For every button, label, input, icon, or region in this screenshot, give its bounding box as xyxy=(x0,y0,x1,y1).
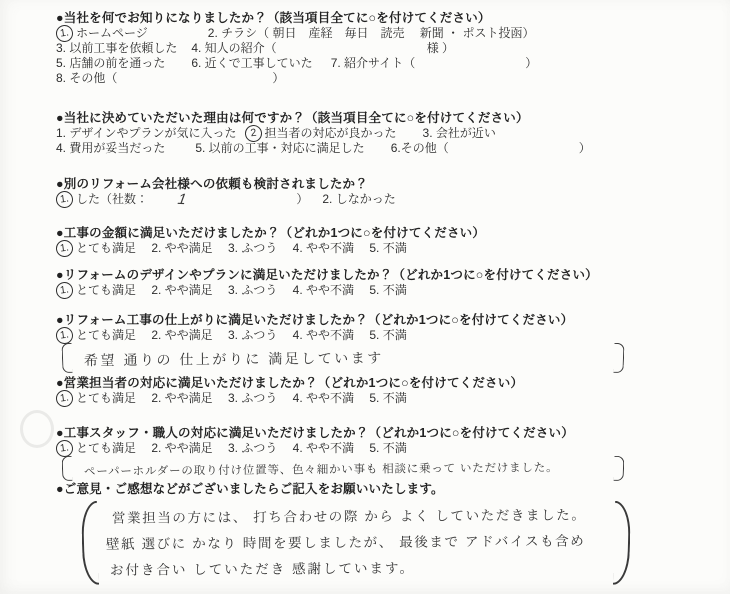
handwritten-bracket-right xyxy=(614,456,625,481)
option-text: した（社数： xyxy=(76,192,148,207)
handwritten-comment-staff: ペーパーホルダーの取り付け位置等、色々細かい事も 相談に乗って いただけました。 xyxy=(62,456,624,481)
satisfaction-scale: とても満足 2. やや満足 3. ふつう 4. やや不満 5. 不満 xyxy=(76,283,407,298)
option-line: 1. した（社数： 1 ） 2. しなかった xyxy=(56,192,710,207)
handwritten-bracket-left xyxy=(62,456,73,481)
option-text: 担当者の対応が良かった xyxy=(265,126,397,141)
question-staff: ●工事スタッフ・職人の対応に満足いただけましたか？（どれか1つに○を付けてくださ… xyxy=(56,425,710,481)
question-source-title: ●当社を何でお知りになりましたか？（該当項目全てに○を付けてください） xyxy=(56,10,710,26)
question-sales-title: ●営業担当者の対応に満足いただけましたか？（どれか1つに○を付けてください） xyxy=(56,375,710,391)
satisfaction-scale: とても満足 2. やや満足 3. ふつう 4. やや不満 5. 不満 xyxy=(76,241,407,256)
handwritten-line: 営業担当の方には、 打ち合わせの際 から よく していただきました。 xyxy=(112,502,610,531)
handwritten-comment-text: ペーパーホルダーの取り付け位置等、色々細かい事も 相談に乗って いただけました。 xyxy=(72,456,614,481)
satisfaction-scale: とても満足 2. やや満足 3. ふつう 4. やや不満 5. 不満 xyxy=(76,391,407,406)
option-text: 8. その他（ xyxy=(56,71,117,86)
question-reason-title: ●当社に決めていただいた理由は何ですか？（該当項目全てに○を付けてください） xyxy=(56,110,710,126)
question-compare: ●別のリフォーム会社様への依頼も検討されましたか？ 1. した（社数： 1 ） … xyxy=(56,176,710,207)
option-line: 3. 以前工事を依頼した 4. 知人の紹介（ 様 ） xyxy=(56,41,710,56)
handwritten-paren-left xyxy=(81,501,99,585)
option-line: 1. とても満足 2. やや満足 3. ふつう 4. やや不満 5. 不満 xyxy=(56,283,710,298)
option-text: 3. 会社が近い xyxy=(423,126,496,141)
option-text: ） xyxy=(525,56,537,71)
handwritten-line: 壁紙 選びに かなり 時間を要しましたが、 最後まで アドバイスも含め xyxy=(106,528,610,558)
handwritten-paren-right xyxy=(613,501,631,585)
option-line: 1. ホームページ 2. チラシ（ 朝日 産経 毎日 読売 新聞 ・ ポスト投函… xyxy=(56,26,710,41)
option-text: ） xyxy=(296,192,308,207)
option-line: 1. とても満足 2. やや満足 3. ふつう 4. やや不満 5. 不満 xyxy=(56,441,710,456)
option-text: 2. しなかった xyxy=(322,192,395,207)
handwritten-comment-finish: 希望 通りの 仕上がりに 満足しています xyxy=(62,343,624,373)
option-text: ） xyxy=(272,71,284,86)
question-price: ●工事の金額に満足いただけましたか？（どれか1つに○を付けてください） 1. と… xyxy=(56,225,710,256)
question-finish-title: ●リフォーム工事の仕上がりに満足いただけましたか？（どれか1つに○を付けてくださ… xyxy=(56,312,710,328)
question-reason: ●当社に決めていただいた理由は何ですか？（該当項目全てに○を付けてください） 1… xyxy=(56,110,710,156)
circled-answer-mark: 1. xyxy=(55,281,74,300)
option-text: 7. 紹介サイト（ xyxy=(331,56,416,71)
satisfaction-scale: とても満足 2. やや満足 3. ふつう 4. やや不満 5. 不満 xyxy=(76,328,407,343)
option-line: 4. 費用が妥当だった 5. 以前の工事・対応に満足した 6.その他（ ） xyxy=(56,141,710,156)
option-line: 8. その他（ ） xyxy=(56,71,710,86)
option-line: 5. 店舗の前を通った 6. 近くで工事していた 7. 紹介サイト（ ） xyxy=(56,56,710,71)
question-sales: ●営業担当者の対応に満足いただけましたか？（どれか1つに○を付けてください） 1… xyxy=(56,375,710,406)
question-staff-title: ●工事スタッフ・職人の対応に満足いただけましたか？（どれか1つに○を付けてくださ… xyxy=(56,425,710,441)
question-source: ●当社を何でお知りになりましたか？（該当項目全てに○を付けてください） 1. ホ… xyxy=(56,10,710,86)
question-feedback-title: ●ご意見・ご感想などがございましたらご記入をお願いいたします。 xyxy=(56,481,710,497)
option-line: 1. デザインやプランが気に入った 2 担当者の対応が良かった 3. 会社が近い xyxy=(56,126,710,141)
handwritten-bracket-right xyxy=(613,343,624,373)
option-text: 4. 費用が妥当だった xyxy=(56,141,165,156)
option-text: ） xyxy=(579,141,591,156)
option-text: 5. 以前の工事・対応に満足した xyxy=(195,141,364,156)
option-text: 様 ） xyxy=(427,41,454,56)
option-text: 5. 店舗の前を通った xyxy=(56,56,165,71)
question-compare-title: ●別のリフォーム会社様への依頼も検討されましたか？ xyxy=(56,176,710,192)
question-finish: ●リフォーム工事の仕上がりに満足いただけましたか？（どれか1つに○を付けてくださ… xyxy=(56,312,710,373)
scanned-questionnaire: ●当社を何でお知りになりましたか？（該当項目全てに○を付けてください） 1. ホ… xyxy=(0,0,730,594)
option-text: 4. 知人の紹介（ xyxy=(191,41,276,56)
handwritten-feedback-box: 営業担当の方には、 打ち合わせの際 から よく していただきました。 壁紙 選び… xyxy=(82,501,630,585)
satisfaction-scale: とても満足 2. やや満足 3. ふつう 4. やや不満 5. 不満 xyxy=(76,441,407,456)
question-price-title: ●工事の金額に満足いただけましたか？（どれか1つに○を付けてください） xyxy=(56,225,710,241)
circled-answer-mark: 1. xyxy=(55,239,74,258)
scan-smudge-artifact xyxy=(20,410,54,448)
option-text: 3. 以前工事を依頼した xyxy=(56,41,177,56)
option-line: 1. とても満足 2. やや満足 3. ふつう 4. やや不満 5. 不満 xyxy=(56,391,710,406)
option-text: ホームページ xyxy=(76,26,148,41)
option-line: 1. とても満足 2. やや満足 3. ふつう 4. やや不満 5. 不満 xyxy=(56,241,710,256)
handwritten-line: お付き合い していただき 感謝しています。 xyxy=(110,554,610,583)
option-text: 6. 近くで工事していた xyxy=(191,56,312,71)
option-line: 1. とても満足 2. やや満足 3. ふつう 4. やや不満 5. 不満 xyxy=(56,328,710,343)
option-text: 6.その他（ xyxy=(391,141,449,156)
handwritten-company-count: 1 xyxy=(175,192,189,207)
handwritten-bracket-left xyxy=(61,343,72,373)
question-feedback: ●ご意見・ご感想などがございましたらご記入をお願いいたします。 営業担当の方には… xyxy=(56,481,710,585)
circled-answer-mark: 1. xyxy=(55,389,74,408)
option-text: 1. デザインやプランが気に入った xyxy=(56,126,237,141)
question-design: ●リフォームのデザインやプランに満足いただけましたか？（どれか1つに○を付けてく… xyxy=(56,267,710,298)
handwritten-feedback-text: 営業担当の方には、 打ち合わせの際 から よく していただきました。 壁紙 選び… xyxy=(98,501,614,585)
option-text: 2. チラシ（ 朝日 産経 毎日 読売 新聞 ・ ポスト投函） xyxy=(208,26,535,41)
handwritten-comment-text: 希望 通りの 仕上がりに 満足しています xyxy=(72,344,614,373)
circled-answer-mark: 1. xyxy=(55,190,74,209)
question-design-title: ●リフォームのデザインやプランに満足いただけましたか？（どれか1つに○を付けてく… xyxy=(56,267,710,283)
